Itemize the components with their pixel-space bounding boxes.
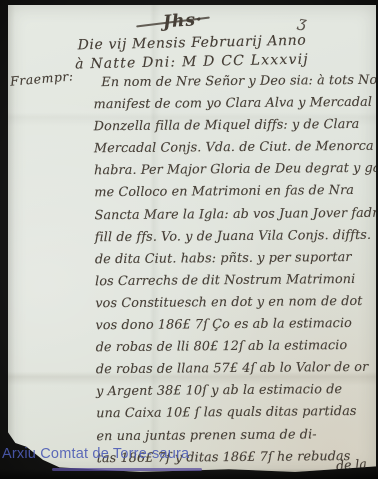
watermark-underline-streak xyxy=(52,468,202,471)
manuscript-body: En nom de Nre Señor y Deo sia: à tots No… xyxy=(93,70,377,464)
body-line: Donzella filla de Miquel diffs: y de Cla… xyxy=(94,114,375,139)
body-line: una Caixa 10£ ſ las quals ditas partidas xyxy=(96,401,377,426)
body-line: de robas de lli 80£ 12ſ ab la estimacio xyxy=(96,335,377,360)
body-line: y Argent 38£ 10ſ y ab la estimacio de xyxy=(96,379,377,404)
body-line: los Carrechs de dit Nostrum Matrimoni xyxy=(95,269,376,294)
archive-watermark: Arxiu Comtat de Torre-saura xyxy=(2,446,189,462)
body-line: Sancta Mare la Igla: ab vos Juan Jover f… xyxy=(94,202,375,227)
body-line: de dita Ciut. habs: pñts. y per suportar xyxy=(95,247,376,272)
body-line: en una juntas prenen suma de di- xyxy=(96,423,377,448)
body-line: vos dono 186£ 7ſ Ço es ab la estimacio xyxy=(95,313,376,338)
body-line: de robas de llana 57£ 4ſ ab lo Valor de … xyxy=(96,357,377,382)
body-line: manifest de com yo Clara Alva y Mercadal xyxy=(93,92,374,117)
body-line: fill de ffs. Vo. y de Juana Vila Conjs. … xyxy=(95,224,376,249)
ihs-monogram: Jhs· xyxy=(162,10,203,33)
header-flourish-mark: ʒ xyxy=(297,12,308,31)
body-line: me Colloco en Matrimoni en fas de Nra xyxy=(94,180,375,205)
manuscript-photo: Jhs· ʒ Die vij Mensis Februarij Anno à N… xyxy=(0,0,378,479)
body-line: habra. Per Major Gloria de Deu degrat y … xyxy=(94,158,375,183)
body-line: Mercadal Conjs. Vda. de Ciut. de Menorca xyxy=(94,136,375,161)
manuscript-page: Jhs· ʒ Die vij Mensis Februarij Anno à N… xyxy=(8,5,376,472)
body-line: En nom de Nre Señor y Deo sia: à tots No… xyxy=(93,70,374,95)
body-line: vos Constituesch en dot y en nom de dot xyxy=(95,291,376,316)
